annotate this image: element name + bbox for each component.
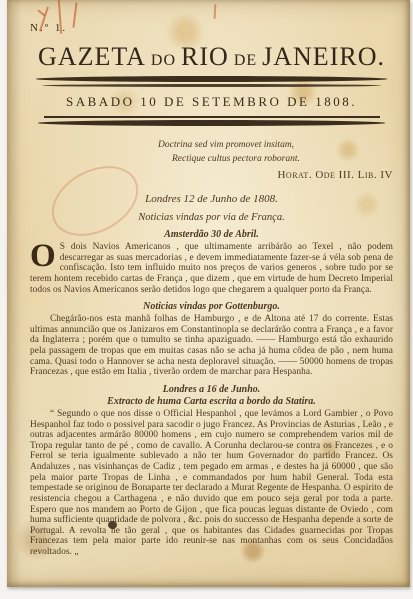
article-heading-gottenburgo: Noticias vindas por Gottenburgo.	[30, 301, 393, 312]
title-word: RIO	[181, 42, 229, 71]
news-subtitle: Noticias vindas por via de França.	[30, 212, 393, 223]
motto-attribution: Horat. Ode III. Lib. IV	[158, 167, 393, 184]
title-word: DO	[151, 52, 176, 69]
article-text: S dois Navios Americanos , que ultimamen…	[30, 242, 393, 295]
article-heading-amsterdam: Amsterdão 30 de Abril.	[30, 229, 393, 240]
latin-motto: Doctrina sed vim promovet insitam, Recti…	[158, 138, 393, 183]
article-body-amsterdam: OS dois Navios Americanos , que ultimame…	[30, 242, 393, 295]
article-heading-londres: Londres a 16 de Junho.	[30, 384, 393, 395]
article-subheading-statira: Extracto de huma Carta escrita a bordo d…	[30, 396, 393, 407]
issue-dateline: SABADO 10 DE SETEMBRO DE 1808.	[30, 94, 393, 110]
masthead-rule-thin	[42, 84, 382, 87]
article-body-statira: “ Segundo o que nos disse o Official Hes…	[30, 409, 393, 558]
motto-line-1: Doctrina sed vim promovet insitam,	[158, 138, 393, 152]
title-word: DE	[234, 52, 257, 69]
ink-blot	[108, 521, 117, 529]
article-body-gottenburgo: Chegárão-nos esta manhã folhas de Hambur…	[30, 314, 393, 378]
dateline-rule-thin	[44, 116, 380, 118]
newspaper-page: N.º 1. GAZETA DO RIO DE JANEIRO. SABADO …	[7, 0, 410, 587]
drop-cap: O	[30, 244, 56, 270]
masthead-rule-thick	[36, 76, 388, 82]
motto-line-2: Rectique cultus pectora roborant.	[158, 152, 393, 166]
issue-number: N.º 1.	[30, 22, 393, 34]
place-dateline: Londres 12 de Junho de 1808.	[30, 193, 393, 205]
title-word: GAZETA	[38, 42, 146, 71]
dateline-rule-thick	[38, 120, 386, 126]
title-word: JANEIRO.	[262, 42, 385, 71]
newspaper-title: GAZETA DO RIO DE JANEIRO.	[30, 42, 393, 72]
page-content: N.º 1. GAZETA DO RIO DE JANEIRO. SABADO …	[7, 0, 410, 558]
